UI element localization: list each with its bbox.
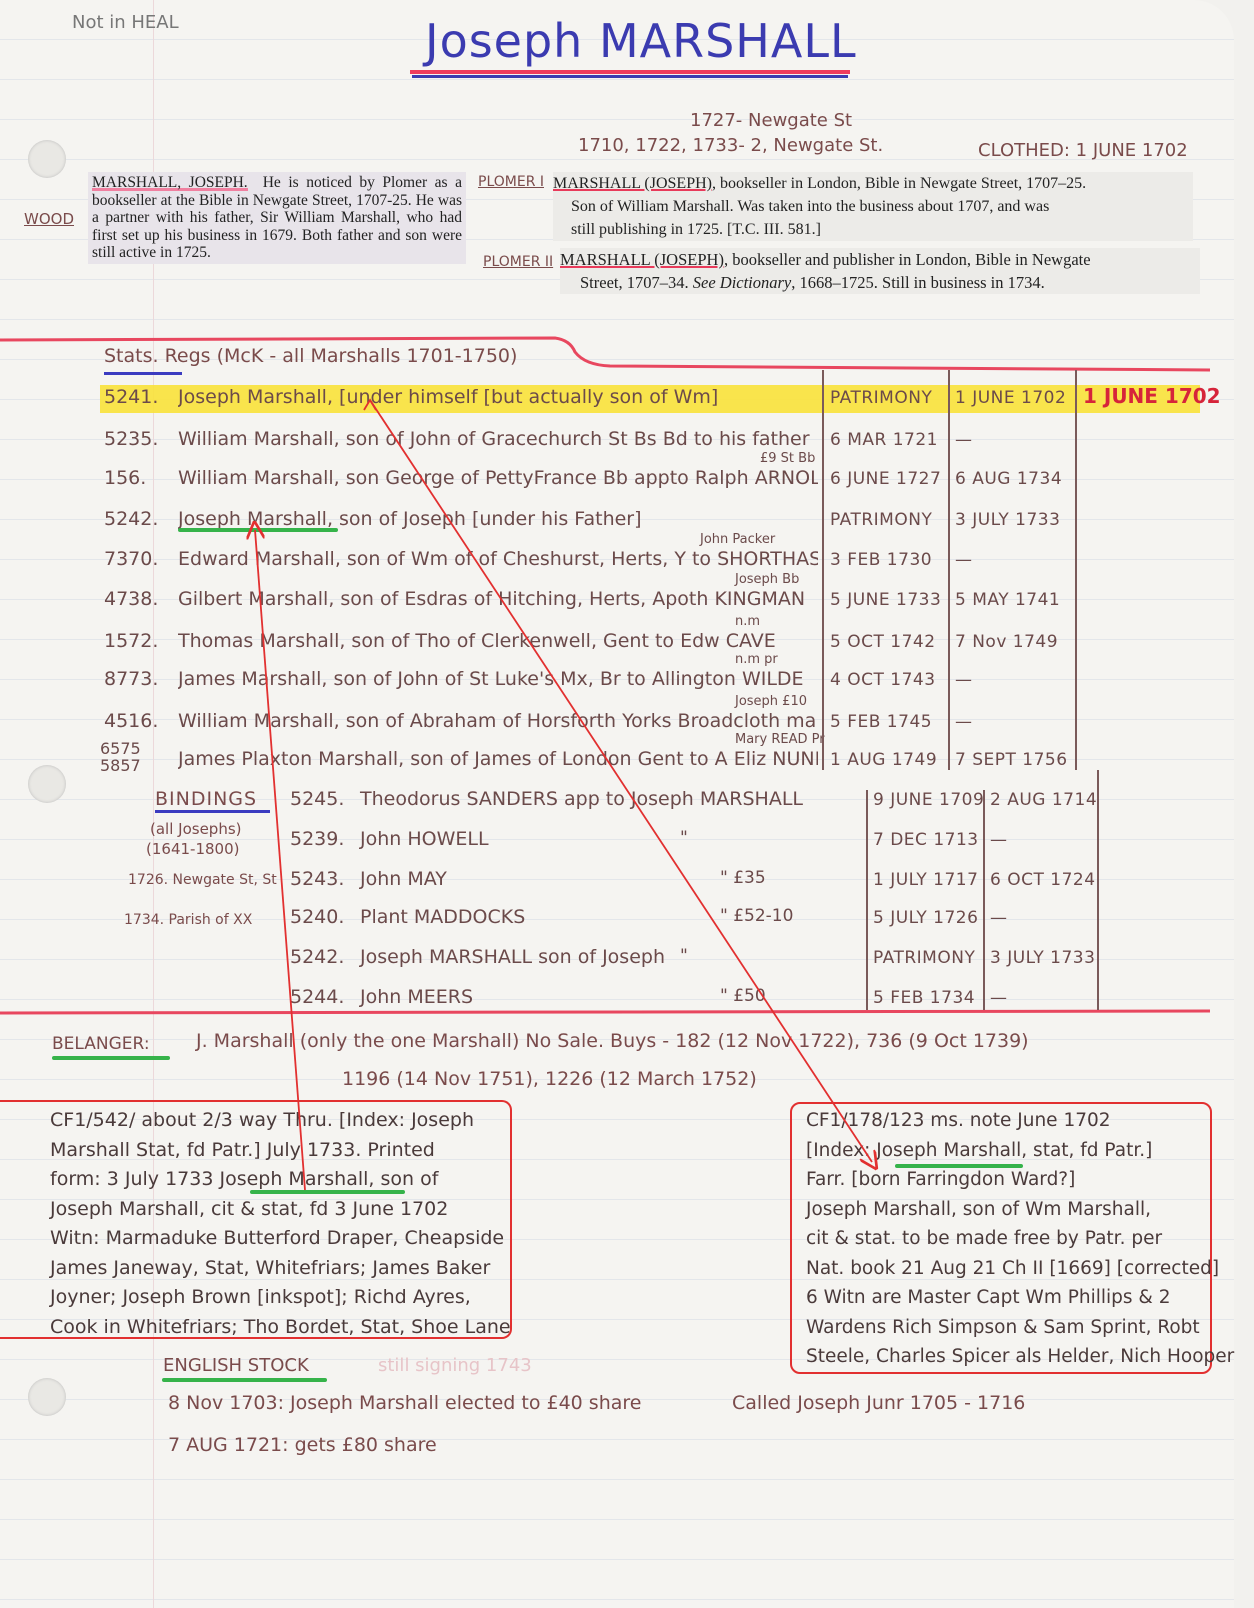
- arrow-icon: [370, 400, 872, 1162]
- red-arrows: [0, 0, 1254, 1608]
- notebook-page: Not in HEAL Joseph MARSHALL 1727- Newgat…: [0, 0, 1234, 1608]
- arrow-icon: [255, 530, 305, 1190]
